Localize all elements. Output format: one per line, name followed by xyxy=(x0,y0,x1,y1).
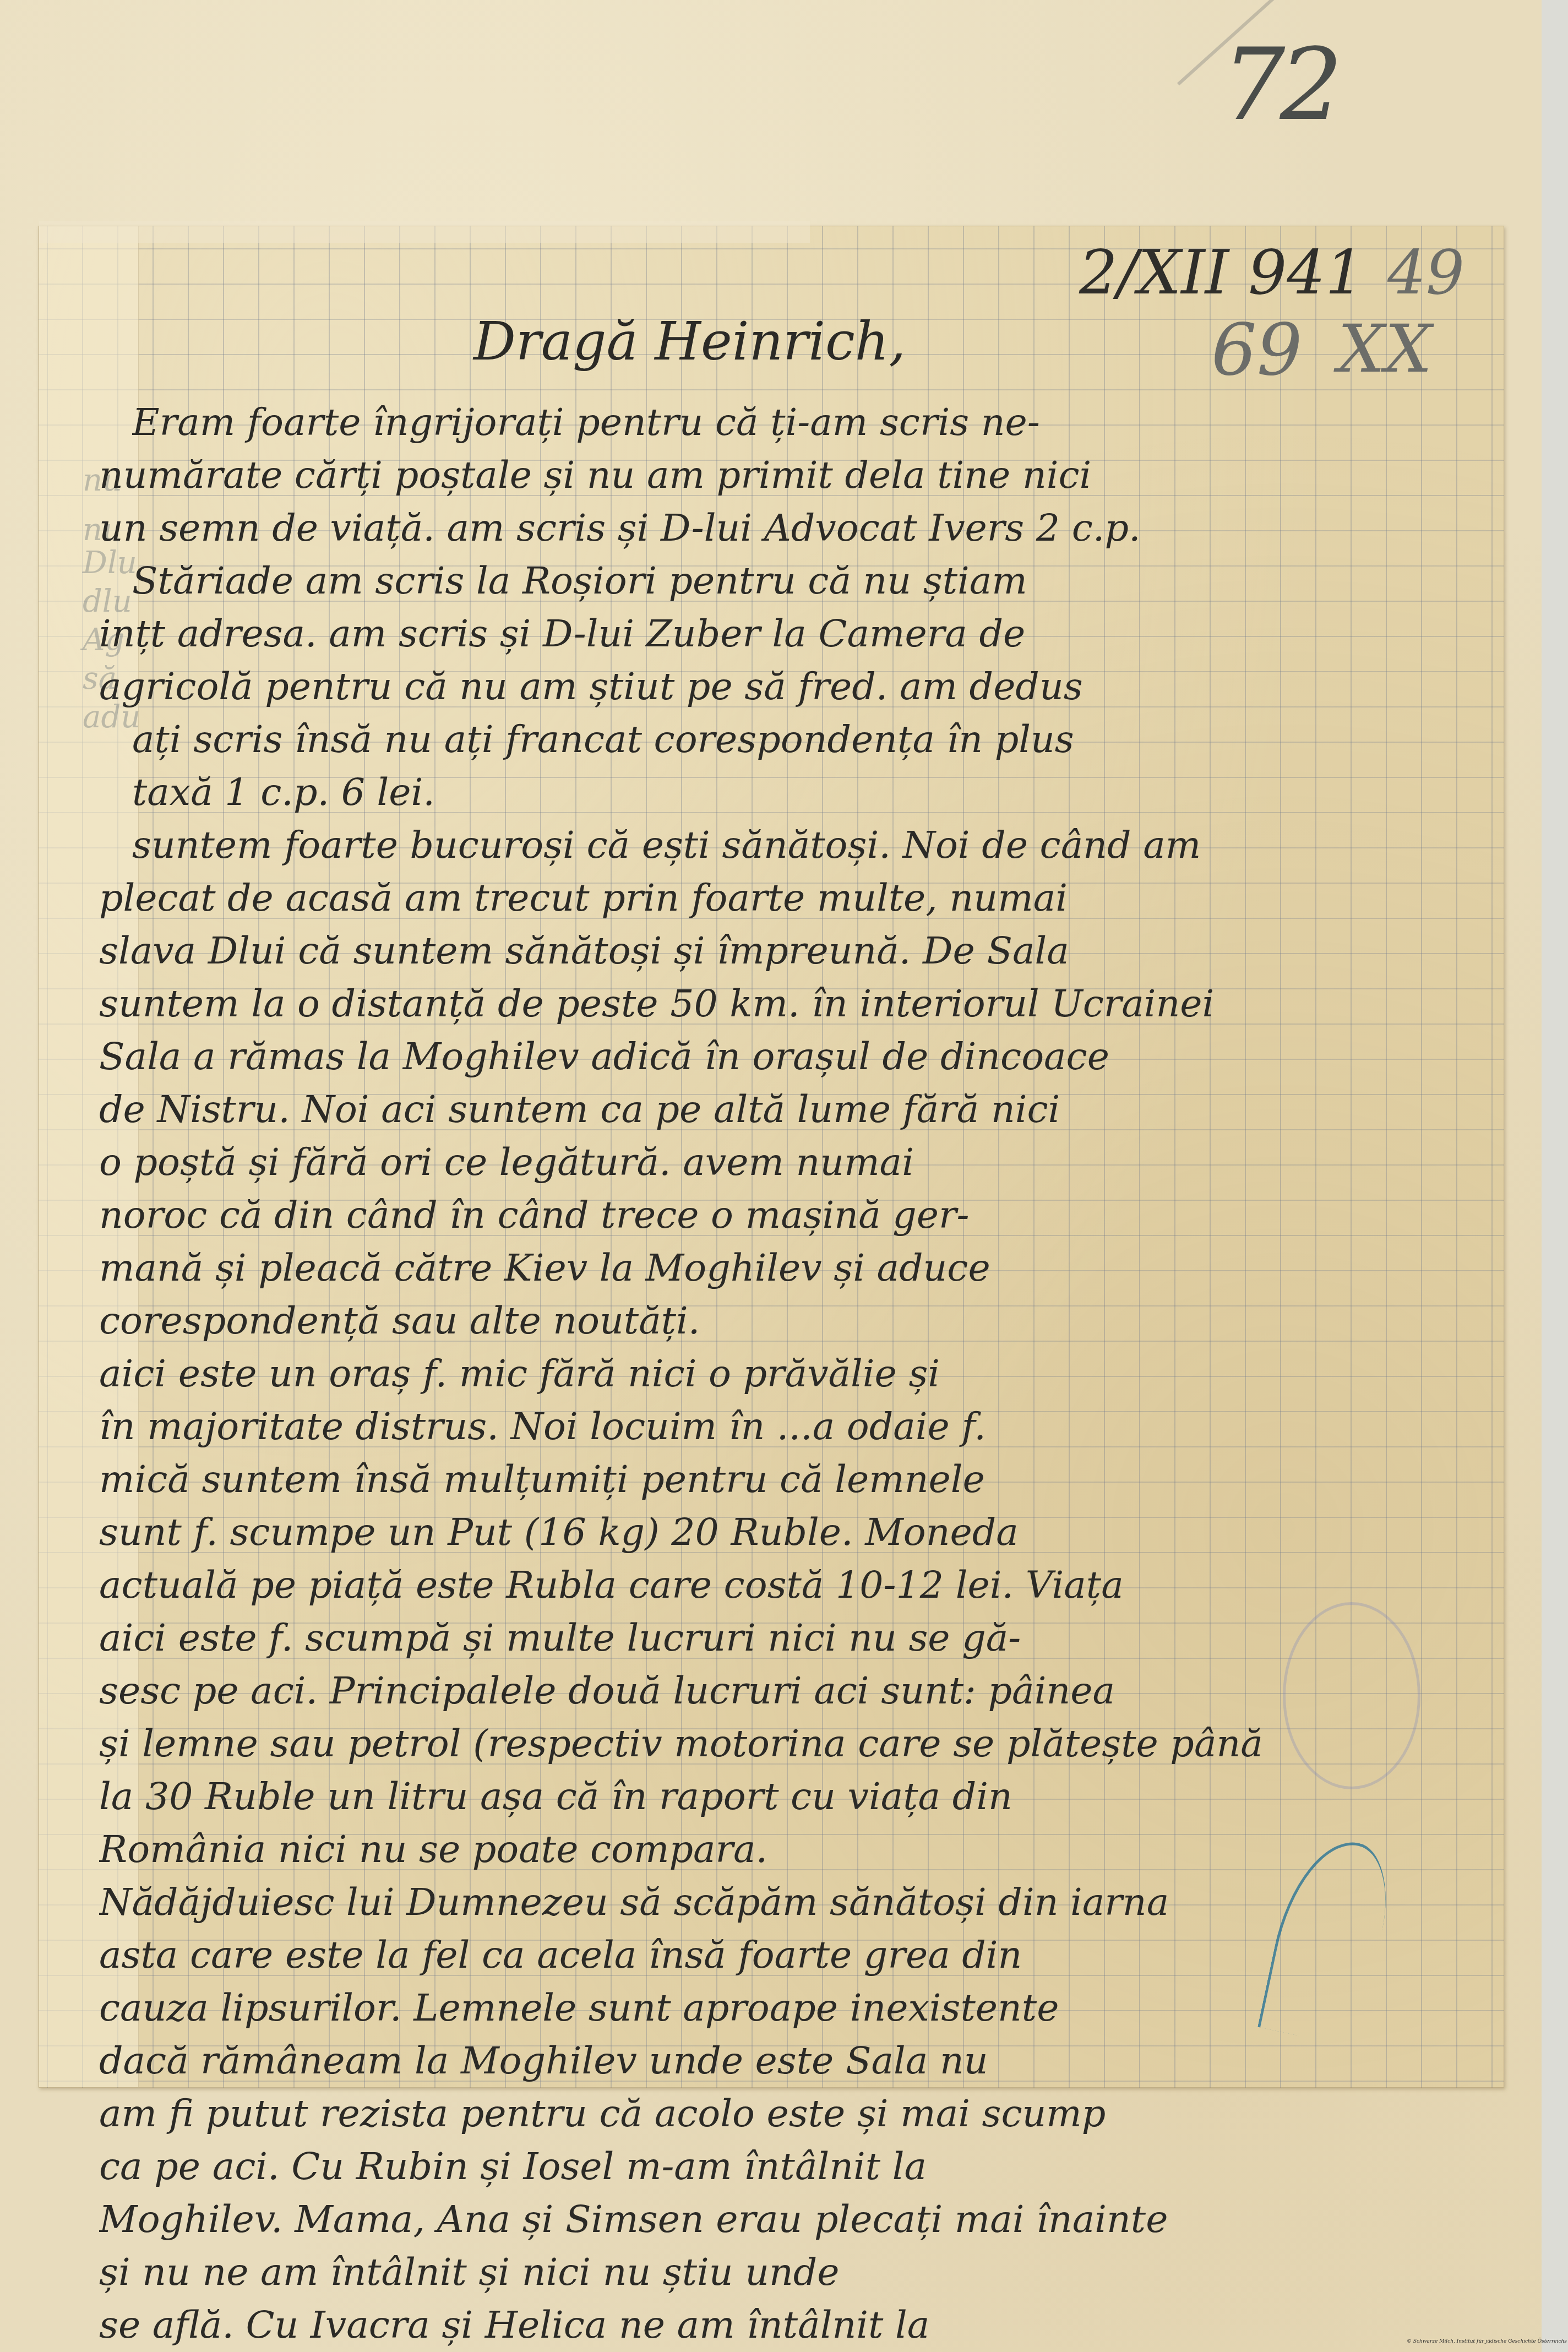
body-line: taxă 1 c.p. 6 lei. xyxy=(132,766,1487,819)
pencil-annotation: XX xyxy=(1338,308,1432,391)
mounting-tape-top xyxy=(39,221,810,243)
body-line: în majoritate distrus. Noi locuim în ...… xyxy=(99,1401,1487,1453)
letter-date: 2/XII 941 xyxy=(1079,237,1364,308)
body-line: România nici nu se poate compara. xyxy=(99,1823,1487,1876)
body-line: plecat de acasă am trecut prin foarte mu… xyxy=(99,872,1487,925)
body-line: suntem la o distanță de peste 50 km. în … xyxy=(99,978,1487,1031)
body-line: un semn de viață. am scris și D-lui Advo… xyxy=(99,502,1487,555)
body-line: am fi putut rezista pentru că acolo este… xyxy=(99,2088,1487,2141)
body-line: de Nistru. Noi aci suntem ca pe altă lum… xyxy=(99,1084,1487,1136)
body-line: o poștă și fără ori ce legătură. avem nu… xyxy=(99,1136,1487,1189)
body-line: Nădăjduiesc lui Dumnezeu să scăpăm sănăt… xyxy=(99,1876,1487,1929)
body-line: aici este f. scumpă și multe lucruri nic… xyxy=(99,1612,1487,1665)
body-line: mană și pleacă către Kiev la Moghilev și… xyxy=(99,1242,1487,1295)
body-line: ați scris însă nu ați francat coresponde… xyxy=(132,714,1487,766)
pencil-annotation: 49 xyxy=(1387,237,1464,308)
body-line: numărate cărți poștale și nu am primit d… xyxy=(99,449,1487,502)
body-line: sunt f. scumpe un Put (16 kg) 20 Ruble. … xyxy=(99,1506,1487,1559)
body-line: Eram foarte îngrijorați pentru că ți-am … xyxy=(132,396,1487,449)
body-line: Stăriade am scris la Roșiori pentru că n… xyxy=(132,555,1487,608)
body-line: și nu ne am întâlnit și nici nu știu und… xyxy=(99,2246,1487,2299)
faint-circular-stamp xyxy=(1283,1602,1420,1789)
body-line: se află. Cu Ivacra și Helica ne am întâl… xyxy=(99,2299,1487,2352)
body-line: mică suntem însă mulțumiți pentru că lem… xyxy=(99,1453,1487,1506)
salutation: Dragă Heinrich, xyxy=(473,308,906,374)
body-line: actuală pe piață este Rubla care costă 1… xyxy=(99,1559,1487,1612)
body-line: sesc pe aci. Principalele două lucruri a… xyxy=(99,1665,1487,1718)
body-line: la 30 Ruble un litru așa că în raport cu… xyxy=(99,1771,1487,1823)
body-line: Moghilev. Mama, Ana și Simsen erau pleca… xyxy=(99,2193,1487,2246)
body-line: și lemne sau petrol (respectiv motorina … xyxy=(99,1718,1487,1771)
letter-body: Eram foarte îngrijorați pentru că ți-am … xyxy=(132,396,1487,2352)
archive-page-number: 72 xyxy=(1222,33,1387,138)
body-line: agricolă pentru că nu am știut pe să fre… xyxy=(99,661,1487,714)
body-line: dacă rămâneam la Moghilev unde este Sala… xyxy=(99,2035,1487,2088)
body-line: ca pe aci. Cu Rubin și Iosel m-am întâln… xyxy=(99,2141,1487,2193)
body-line: slava Dlui că suntem sănătoși și împreun… xyxy=(99,925,1487,978)
body-line: ințt adresa. am scris și D-lui Zuber la … xyxy=(99,608,1487,661)
body-line: noroc că din când în când trece o mașină… xyxy=(99,1189,1487,1242)
body-line: corespondență sau alte noutăți. xyxy=(99,1295,1487,1348)
pencil-annotation: 69 xyxy=(1211,308,1302,391)
body-line: aici este un oraș f. mic fără nici o pră… xyxy=(99,1348,1487,1401)
scanner-edge-strip xyxy=(1542,0,1568,2352)
copyright-caption: © Schwarze Milch, Institut für jüdische … xyxy=(1407,2338,1539,2345)
body-line: suntem foarte bucuroși că ești sănătoși.… xyxy=(132,819,1487,872)
body-line: Sala a rămas la Moghilev adică în orașul… xyxy=(99,1031,1487,1084)
